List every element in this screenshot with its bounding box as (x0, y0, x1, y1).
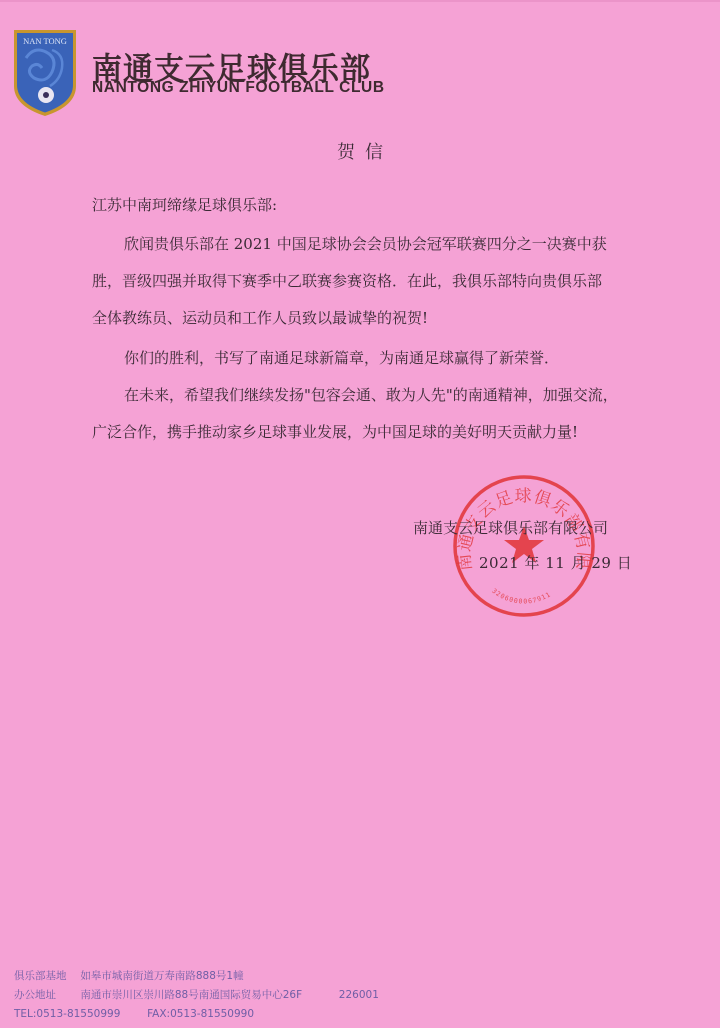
paragraph-line: 欣闻贵俱乐部在 2021 中国足球协会会员协会冠军联赛四分之一决赛中获 (92, 226, 632, 263)
paragraph-2: 你们的胜利，书写了南通足球新篇章，为南通足球赢得了新荣誉． (92, 340, 632, 377)
paragraph-line: 全体教练员、运动员和工作人员致以最诚挚的祝贺! (92, 300, 632, 337)
base-label: 俱乐部基地 (14, 967, 77, 986)
top-edge (0, 0, 720, 2)
letter-title: 贺信 (0, 138, 720, 164)
svg-text:3206000067911: 3206000067911 (490, 587, 552, 606)
postcode: 226001 (339, 989, 379, 1001)
paragraph-3: 在未来，希望我们继续发扬"包容会通、敢为人先"的南通精神，加强交流， 广泛合作，… (92, 377, 632, 451)
base-address: 如皋市城南街道万寿南路888号1幢 (80, 970, 243, 982)
paragraph-line: 胜，晋级四强并取得下赛季中乙联赛参赛资格．在此，我俱乐部特向贵俱乐部 (92, 263, 632, 300)
paragraph-1: 欣闻贵俱乐部在 2021 中国足球协会会员协会冠军联赛四分之一决赛中获 胜，晋级… (92, 226, 632, 337)
signature-date: 2021 年 11 月 29 日 (479, 552, 632, 573)
letter-page: NAN TONG 南通支云足球俱乐部 NANTONG ZHIYUN FOOTBA… (0, 0, 720, 1028)
footer-contact-row: TEL:0513-81550999 FAX:0513-81550990 (14, 1005, 379, 1024)
signature-organization: 南通支云足球俱乐部有限公司 (413, 517, 608, 538)
salutation: 江苏中南珂缔缘足球俱乐部: (92, 194, 277, 215)
paragraph-line: 你们的胜利，书写了南通足球新篇章，为南通足球赢得了新荣誉． (92, 340, 632, 377)
paragraph-line: 在未来，希望我们继续发扬"包容会通、敢为人先"的南通精神，加强交流， (92, 377, 632, 414)
official-seal: 南通支云足球俱乐部有限公司 3206000067911 (450, 474, 598, 618)
office-address: 南通市崇川区崇川路88号南通国际贸易中心26F (80, 989, 302, 1001)
office-label: 办公地址 (14, 986, 77, 1005)
letterhead-footer: 俱乐部基地 如皋市城南街道万寿南路888号1幢 办公地址 南通市崇川区崇川路88… (14, 967, 379, 1024)
shield-crest-icon: NAN TONG (12, 28, 78, 118)
telephone: TEL:0513-81550999 (14, 1008, 120, 1020)
paragraph-line: 广泛合作，携手推动家乡足球事业发展，为中国足球的美好明天贡献力量! (92, 414, 632, 451)
footer-base-row: 俱乐部基地 如皋市城南街道万寿南路888号1幢 (14, 967, 379, 986)
footer-office-row: 办公地址 南通市崇川区崇川路88号南通国际贸易中心26F 226001 (14, 986, 379, 1005)
svg-text:NAN TONG: NAN TONG (23, 36, 67, 46)
club-name-en: NANTONG ZHIYUN FOOTBALL CLUB (92, 79, 385, 97)
fax: FAX:0513-81550990 (147, 1008, 254, 1020)
